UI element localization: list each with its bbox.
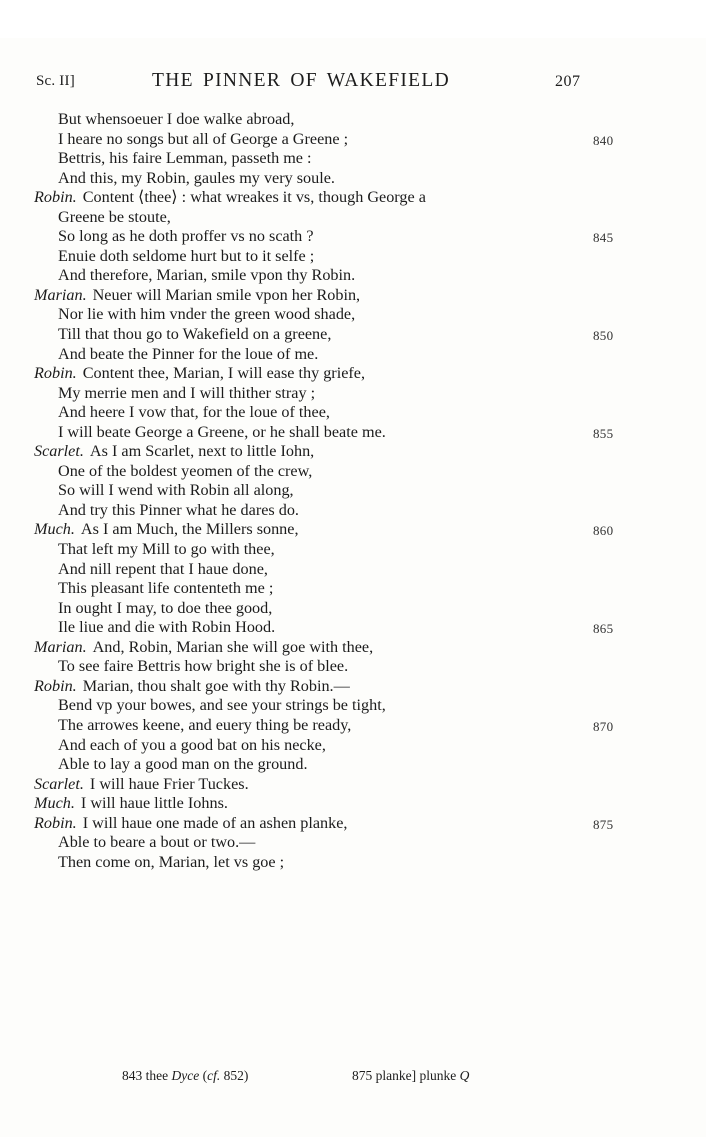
verse-line: Scarlet.I will haue Frier Tuckes. bbox=[0, 775, 706, 795]
line-text: Nor lie with him vnder the green wood sh… bbox=[58, 305, 355, 323]
verse-text: Robin.I will haue one made of an ashen p… bbox=[34, 814, 347, 834]
line-text: So long as he doth proffer vs no scath ? bbox=[58, 227, 314, 245]
line-text: I will haue little Iohns. bbox=[81, 794, 228, 812]
verse-text: Nor lie with him vnder the green wood sh… bbox=[58, 305, 355, 325]
verse-text: Scarlet.I will haue Frier Tuckes. bbox=[34, 775, 249, 795]
verse-text: I heare no songs but all of George a Gre… bbox=[58, 130, 348, 150]
verse-line: Ile liue and die with Robin Hood.865 bbox=[0, 618, 706, 638]
line-text: Able to beare a bout or two.— bbox=[58, 833, 255, 851]
verse-line: Robin.I will haue one made of an ashen p… bbox=[0, 814, 706, 834]
line-text: Bettris, his faire Lemman, passeth me : bbox=[58, 149, 312, 167]
verse-line: Nor lie with him vnder the green wood sh… bbox=[0, 305, 706, 325]
line-text: And this, my Robin, gaules my very soule… bbox=[58, 169, 335, 187]
verse-text: So will I wend with Robin all along, bbox=[58, 481, 294, 501]
verse-text: I will beate George a Greene, or he shal… bbox=[58, 423, 386, 443]
line-text: Till that thou go to Wakefield on a gree… bbox=[58, 325, 331, 343]
line-text: And therefore, Marian, smile vpon thy Ro… bbox=[58, 266, 355, 284]
verse-line: The arrowes keene, and euery thing be re… bbox=[0, 716, 706, 736]
speaker-name: Robin. bbox=[34, 188, 77, 206]
verse-text: Marian.And, Robin, Marian she will goe w… bbox=[34, 638, 373, 658]
speaker-name: Robin. bbox=[34, 814, 77, 832]
verse-text: One of the boldest yeomen of the crew, bbox=[58, 462, 312, 482]
verse-text: So long as he doth proffer vs no scath ? bbox=[58, 227, 314, 247]
page-top-margin bbox=[0, 0, 706, 38]
line-text: This pleasant life contenteth me ; bbox=[58, 579, 273, 597]
line-text: I will haue Frier Tuckes. bbox=[90, 775, 249, 793]
line-text: In ought I may, to doe thee good, bbox=[58, 599, 272, 617]
line-text: I heare no songs but all of George a Gre… bbox=[58, 130, 348, 148]
verse-text: Ile liue and die with Robin Hood. bbox=[58, 618, 275, 638]
verse-line: But whensoeuer I doe walke abroad, bbox=[0, 110, 706, 130]
verse-line: Till that thou go to Wakefield on a gree… bbox=[0, 325, 706, 345]
verse-line: And try this Pinner what he dares do. bbox=[0, 501, 706, 521]
verse-line: Robin.Content ⟨thee⟩ : what wreakes it v… bbox=[0, 188, 706, 208]
line-text: I will beate George a Greene, or he shal… bbox=[58, 423, 386, 441]
verse-line: One of the boldest yeomen of the crew, bbox=[0, 462, 706, 482]
line-number: 875 bbox=[593, 815, 613, 835]
verse-text: Able to beare a bout or two.— bbox=[58, 833, 255, 853]
verse-text: But whensoeuer I doe walke abroad, bbox=[58, 110, 294, 130]
speaker-name: Scarlet. bbox=[34, 442, 84, 460]
verse-line: And this, my Robin, gaules my very soule… bbox=[0, 169, 706, 189]
verse-text: My merrie men and I will thither stray ; bbox=[58, 384, 315, 404]
line-text: To see faire Bettris how bright she is o… bbox=[58, 657, 348, 675]
line-text: Ile liue and die with Robin Hood. bbox=[58, 618, 275, 636]
line-number: 860 bbox=[593, 521, 613, 541]
verse-text: Robin.Content thee, Marian, I will ease … bbox=[34, 364, 365, 384]
verse-line: And heere I vow that, for the loue of th… bbox=[0, 403, 706, 423]
verse-line: Robin.Content thee, Marian, I will ease … bbox=[0, 364, 706, 384]
speaker-name: Robin. bbox=[34, 677, 77, 695]
speaker-name: Much. bbox=[34, 520, 75, 538]
verse-line: My merrie men and I will thither stray ; bbox=[0, 384, 706, 404]
verse-line: I will beate George a Greene, or he shal… bbox=[0, 423, 706, 443]
verse-line: And beate the Pinner for the loue of me. bbox=[0, 345, 706, 365]
page-title: THE PINNER OF WAKEFIELD bbox=[152, 70, 450, 92]
verse-line: Bend vp your bowes, and see your strings… bbox=[0, 696, 706, 716]
verse-line: This pleasant life contenteth me ; bbox=[0, 579, 706, 599]
verse-line: And each of you a good bat on his necke, bbox=[0, 736, 706, 756]
footnote-843: 843 thee Dyce (cf. 852) bbox=[122, 1068, 248, 1084]
footnote-ref: 875 bbox=[352, 1068, 372, 1083]
verse-text: Scarlet.As I am Scarlet, next to little … bbox=[34, 442, 314, 462]
verse-text: Robin.Content ⟨thee⟩ : what wreakes it v… bbox=[34, 188, 426, 208]
line-text: And nill repent that I haue done, bbox=[58, 560, 268, 578]
verse-text: Much.As I am Much, the Millers sonne, bbox=[34, 520, 299, 540]
speaker-name: Marian. bbox=[34, 638, 87, 656]
footnote-875: 875 planke] plunke Q bbox=[352, 1068, 469, 1084]
speaker-name: Much. bbox=[34, 794, 75, 812]
line-text: I will haue one made of an ashen planke, bbox=[83, 814, 348, 832]
verse-line: Much.I will haue little Iohns. bbox=[0, 794, 706, 814]
line-text: But whensoeuer I doe walke abroad, bbox=[58, 110, 294, 128]
line-text: So will I wend with Robin all along, bbox=[58, 481, 294, 499]
verse-line: Marian.Neuer will Marian smile vpon her … bbox=[0, 286, 706, 306]
verse-text: To see faire Bettris how bright she is o… bbox=[58, 657, 348, 677]
verse-text: Robin.Marian, thou shalt goe with thy Ro… bbox=[34, 677, 350, 697]
line-text: Content thee, Marian, I will ease thy gr… bbox=[83, 364, 365, 382]
line-text: Then come on, Marian, let vs goe ; bbox=[58, 853, 284, 871]
speaker-name: Robin. bbox=[34, 364, 77, 382]
line-number: 870 bbox=[593, 717, 613, 737]
verse-text: Greene be stoute, bbox=[58, 208, 171, 228]
verse-text: And therefore, Marian, smile vpon thy Ro… bbox=[58, 266, 355, 286]
verse-text: The arrowes keene, and euery thing be re… bbox=[58, 716, 351, 736]
verse-text: This pleasant life contenteth me ; bbox=[58, 579, 273, 599]
line-text: Neuer will Marian smile vpon her Robin, bbox=[93, 286, 361, 304]
verse-line: In ought I may, to doe thee good, bbox=[0, 599, 706, 619]
verse-text: And this, my Robin, gaules my very soule… bbox=[58, 169, 335, 189]
verse-text: And heere I vow that, for the loue of th… bbox=[58, 403, 330, 423]
verse-text: Much.I will haue little Iohns. bbox=[34, 794, 228, 814]
line-text: Content ⟨thee⟩ : what wreakes it vs, tho… bbox=[83, 188, 426, 206]
verse-line: Bettris, his faire Lemman, passeth me : bbox=[0, 149, 706, 169]
line-text: And beate the Pinner for the loue of me. bbox=[58, 345, 318, 363]
verse-body: But whensoeuer I doe walke abroad,I hear… bbox=[0, 110, 706, 872]
verse-text: Till that thou go to Wakefield on a gree… bbox=[58, 325, 331, 345]
verse-line: And therefore, Marian, smile vpon thy Ro… bbox=[0, 266, 706, 286]
line-text: And each of you a good bat on his necke, bbox=[58, 736, 326, 754]
verse-line: So long as he doth proffer vs no scath ?… bbox=[0, 227, 706, 247]
verse-text: Then come on, Marian, let vs goe ; bbox=[58, 853, 284, 873]
footnote-ref: 843 bbox=[122, 1068, 142, 1083]
footnote-cf: cf. bbox=[207, 1068, 220, 1083]
verse-text: And try this Pinner what he dares do. bbox=[58, 501, 299, 521]
verse-line: Then come on, Marian, let vs goe ; bbox=[0, 853, 706, 873]
verse-text: That left my Mill to go with thee, bbox=[58, 540, 275, 560]
verse-line: Scarlet.As I am Scarlet, next to little … bbox=[0, 442, 706, 462]
verse-text: Marian.Neuer will Marian smile vpon her … bbox=[34, 286, 360, 306]
verse-line: To see faire Bettris how bright she is o… bbox=[0, 657, 706, 677]
line-number: 840 bbox=[593, 131, 613, 151]
verse-line: That left my Mill to go with thee, bbox=[0, 540, 706, 560]
scene-marker: Sc. II] bbox=[36, 73, 75, 90]
line-number: 845 bbox=[593, 228, 613, 248]
line-text: My merrie men and I will thither stray ; bbox=[58, 384, 315, 402]
footnote-text: thee bbox=[146, 1068, 169, 1083]
line-text: Able to lay a good man on the ground. bbox=[58, 755, 308, 773]
verse-line: So will I wend with Robin all along, bbox=[0, 481, 706, 501]
line-text: One of the boldest yeomen of the crew, bbox=[58, 462, 312, 480]
running-header: Sc. II] THE PINNER OF WAKEFIELD 207 bbox=[0, 70, 706, 96]
verse-line: Greene be stoute, bbox=[0, 208, 706, 228]
page-number: 207 bbox=[555, 73, 581, 91]
line-text: And, Robin, Marian she will goe with the… bbox=[93, 638, 374, 656]
verse-text: And nill repent that I haue done, bbox=[58, 560, 268, 580]
line-text: That left my Mill to go with thee, bbox=[58, 540, 275, 558]
verse-line: Able to beare a bout or two.— bbox=[0, 833, 706, 853]
footnotes: 843 thee Dyce (cf. 852) 875 planke] plun… bbox=[0, 1068, 706, 1088]
line-text: As I am Much, the Millers sonne, bbox=[81, 520, 299, 538]
line-text: Marian, thou shalt goe with thy Robin.— bbox=[83, 677, 350, 695]
line-text: Bend vp your bowes, and see your strings… bbox=[58, 696, 386, 714]
verse-line: Robin.Marian, thou shalt goe with thy Ro… bbox=[0, 677, 706, 697]
verse-text: In ought I may, to doe thee good, bbox=[58, 599, 272, 619]
footnote-editor: Dyce bbox=[172, 1068, 200, 1083]
verse-line: Much.As I am Much, the Millers sonne,860 bbox=[0, 520, 706, 540]
line-text: And try this Pinner what he dares do. bbox=[58, 501, 299, 519]
verse-text: And each of you a good bat on his necke, bbox=[58, 736, 326, 756]
line-text: Enuie doth seldome hurt but to it selfe … bbox=[58, 247, 314, 265]
verse-line: Marian.And, Robin, Marian she will goe w… bbox=[0, 638, 706, 658]
footnote-text: planke] plunke bbox=[376, 1068, 457, 1083]
line-number: 855 bbox=[593, 424, 613, 444]
verse-line: And nill repent that I haue done, bbox=[0, 560, 706, 580]
line-number: 850 bbox=[593, 326, 613, 346]
verse-text: Enuie doth seldome hurt but to it selfe … bbox=[58, 247, 314, 267]
verse-text: And beate the Pinner for the loue of me. bbox=[58, 345, 318, 365]
footnote-xref: 852) bbox=[224, 1068, 249, 1083]
verse-text: Bettris, his faire Lemman, passeth me : bbox=[58, 149, 312, 169]
verse-text: Able to lay a good man on the ground. bbox=[58, 755, 308, 775]
line-text: And heere I vow that, for the loue of th… bbox=[58, 403, 330, 421]
footnote-source: Q bbox=[460, 1068, 470, 1083]
line-text: As I am Scarlet, next to little Iohn, bbox=[90, 442, 314, 460]
verse-text: Bend vp your bowes, and see your strings… bbox=[58, 696, 386, 716]
speaker-name: Scarlet. bbox=[34, 775, 84, 793]
verse-line: I heare no songs but all of George a Gre… bbox=[0, 130, 706, 150]
line-number: 865 bbox=[593, 619, 613, 639]
speaker-name: Marian. bbox=[34, 286, 87, 304]
line-text: Greene be stoute, bbox=[58, 208, 171, 226]
verse-line: Enuie doth seldome hurt but to it selfe … bbox=[0, 247, 706, 267]
line-text: The arrowes keene, and euery thing be re… bbox=[58, 716, 351, 734]
verse-line: Able to lay a good man on the ground. bbox=[0, 755, 706, 775]
